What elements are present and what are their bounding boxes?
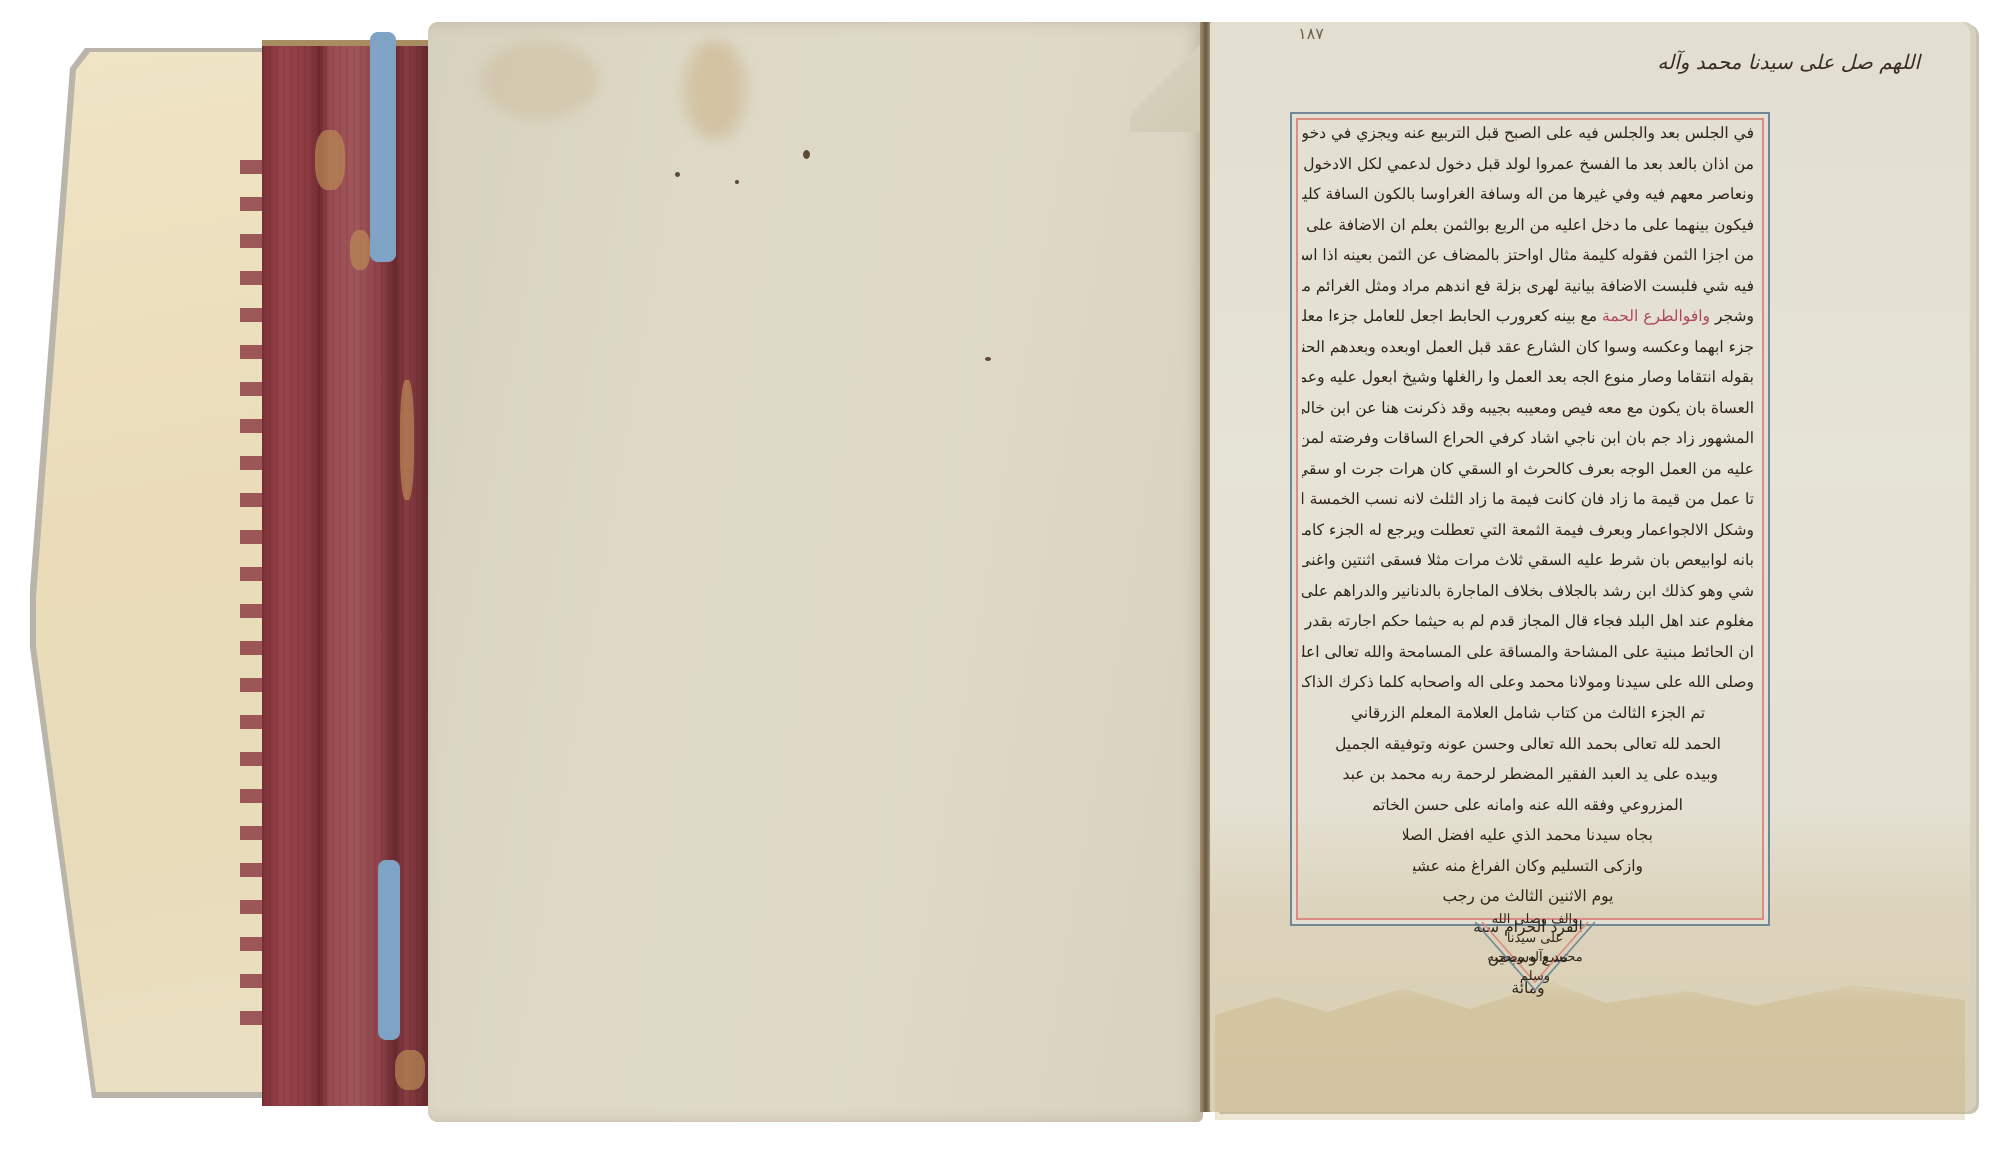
foxing-stain <box>480 40 600 120</box>
leather-spine <box>262 40 432 1106</box>
ink-speck <box>675 172 680 177</box>
text-line: بانه لوابيعص بان شرط عليه السقي ثلاث مرا… <box>1302 545 1754 576</box>
cover-pastedown <box>34 52 270 1092</box>
text-line: بقوله انتقاما وصار منوع الجه بعد العمل و… <box>1302 362 1754 393</box>
tailpiece-line: وسلم <box>1480 967 1590 986</box>
blue-paint-patch-top <box>370 32 396 262</box>
text-line: فيكون بينهما على ما دخل اعليه من الربع ب… <box>1302 210 1754 241</box>
leather-wear-spot <box>400 380 414 500</box>
ink-speck <box>985 357 991 361</box>
marginal-note: اللهم صل على سيدنا محمد وآله <box>1600 50 1920 74</box>
text-line: المشهور زاد جم بان ابن ناجي اشاد كرفي ال… <box>1302 423 1754 454</box>
foxing-stain <box>690 40 750 140</box>
text-line: مغلوم عند اهل البلد فجاء قال المجاز قدم … <box>1302 606 1754 637</box>
colophon-line: المزروعي وفقه الله عنه وامانه على حسن ال… <box>1373 790 1683 821</box>
text-line: العساة بان يكون مع معه فيص ومعيبه بجيبه … <box>1302 393 1754 424</box>
leather-wear-spot <box>350 230 370 270</box>
text-line: تا عمل من قيمة ما زاد فان كانت فيمة ما ز… <box>1302 484 1754 515</box>
text-line: من اجزا الثمن فقوله كليمة مثال اواحتز با… <box>1302 240 1754 271</box>
colophon-line: تم الجزء الثالث من كتاب شامل العلامة الم… <box>1313 698 1743 729</box>
colophon-line: وبيده على يد العبد الفقير المضطر لرحمة ر… <box>1338 759 1718 790</box>
text-line: جزء ابهما وعكسه وسوا كان الشارع عقد قبل … <box>1302 332 1754 363</box>
text-line: ان الحائط مبنية على المشاحة والمساقة على… <box>1302 637 1754 668</box>
text-line: من اذان بالعد بعد ما الفسخ عمروا لولد قب… <box>1302 149 1754 180</box>
text-line: وشكل الالجواعمار وبعرف فيمة الثمعة التي … <box>1302 515 1754 546</box>
text-line: شي وهو كذلك ابن رشد بالجلاف بخلاف الماجا… <box>1302 576 1754 607</box>
text-line: فيه شي فلبست الاضافة بيانية لهرى بزلة فع… <box>1302 271 1754 302</box>
leather-wear-spot <box>395 1050 425 1090</box>
blue-paint-patch-bottom <box>378 860 400 1040</box>
tailpiece-line: محمد وآله وصحبه <box>1480 948 1590 967</box>
folio-number: ١٨٧ <box>1298 24 1324 43</box>
main-text-block: في الجلس بعد والجلس فيه على الصبح قبل ال… <box>1302 118 1754 698</box>
tailpiece-text: والف وصلى الله على سيدنا محمد وآله وصحبه… <box>1480 910 1590 986</box>
ink-speck <box>735 180 739 184</box>
text-line: في الجلس بعد والجلس فيه على الصبح قبل ال… <box>1302 118 1754 149</box>
text-line: وصلى الله على سيدنا ومولانا محمد وعلى ال… <box>1302 667 1754 698</box>
colophon-line: يوم الاثنين الثالث من رجب <box>1433 881 1623 912</box>
colophon-line: وازكى التسليم وكان الفراغ منه عشية <box>1413 851 1643 882</box>
tailpiece-line: والف وصلى الله على سيدنا <box>1480 910 1590 948</box>
blank-left-page <box>428 22 1203 1122</box>
folded-page-corner <box>1130 22 1210 132</box>
text-line: عليه من العمل الوجه بعرف كالحرث او السقي… <box>1302 454 1754 485</box>
text-line: وشجر وافوالطرع الحمة مع بينه كعرورب الحا… <box>1302 301 1754 332</box>
rubric-text: وافوالطرع الحمة <box>1602 307 1710 325</box>
colophon-line: بجاه سيدنا محمد الذي عليه افضل الصلاة <box>1403 820 1653 851</box>
ink-speck <box>803 150 810 159</box>
text-line: ونعاصر معهم فيه وفي غيرها من اله وسافة ا… <box>1302 179 1754 210</box>
colophon-line: الحمد لله تعالى بحمد الله تعالى وحسن عون… <box>1328 729 1728 760</box>
leather-wear-spot <box>315 130 345 190</box>
